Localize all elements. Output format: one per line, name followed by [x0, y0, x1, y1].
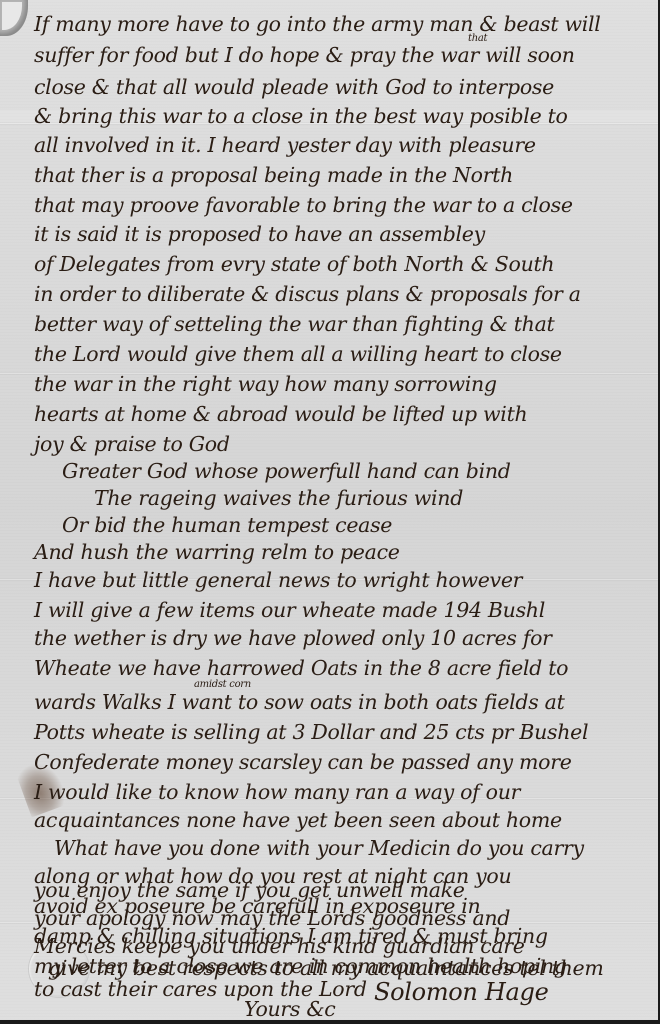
letter-line: it is said it is proposed to have an ass…	[34, 220, 485, 248]
letter-line: better way of setteling the war than fig…	[34, 310, 554, 338]
letter-line: in order to diliberate & discus plans & …	[34, 280, 581, 308]
letter-page: If many more have to go into the army ma…	[0, 0, 658, 1020]
hymn-line: Or bid the human tempest cease	[62, 511, 392, 539]
signature: Solomon Hage	[374, 978, 549, 1006]
letter-line: I will give a few items our wheate made …	[34, 596, 545, 624]
letter-line: of Delegates from evry state of both Nor…	[34, 250, 554, 278]
letter-line: I have but little general news to wright…	[34, 566, 522, 594]
letter-line: you enjoy the same if you get unwell mak…	[34, 876, 465, 904]
hymn-line: And hush the warring relm to peace	[34, 538, 400, 566]
letter-line: close & that all would pleade with God t…	[34, 73, 554, 101]
closing: Yours &c	[244, 995, 335, 1020]
letter-line: & bring this war to a close in the best …	[34, 102, 568, 130]
letter-line: Confederate money scarsley can be passed…	[34, 748, 572, 776]
letter-line: the Lord would give them all a willing h…	[34, 340, 562, 368]
letter-line: What have you done with your Medicin do …	[54, 834, 584, 862]
letter-line: wards Walks I want to sow oats in both o…	[34, 688, 565, 716]
letter-line: that ther is a proposal being made in th…	[34, 161, 513, 189]
letter-line: Potts wheate is selling at 3 Dollar and …	[34, 718, 588, 746]
letter-line: suffer for food but I do hope & pray the…	[34, 41, 575, 69]
letter-line: acquaintances none have yet been seen ab…	[34, 806, 562, 834]
folded-corner	[0, 0, 28, 36]
hymn-line: Greater God whose powerfull hand can bin…	[62, 457, 511, 485]
letter-line: I would like to know how many ran a way …	[34, 778, 520, 806]
letter-line: joy & praise to God	[34, 430, 230, 458]
letter-line: the wether is dry we have plowed only 10…	[34, 624, 552, 652]
letter-line: your apology now may the Lords goodness …	[34, 904, 510, 932]
letter-line: all involved in it. I heard yester day w…	[34, 131, 536, 159]
letter-line: that may proove favorable to bring the w…	[34, 191, 573, 219]
letter-line: Wheate we have harrowed Oats in the 8 ac…	[34, 654, 568, 682]
letter-line: If many more have to go into the army ma…	[34, 10, 601, 38]
hymn-line: The rageing waives the furious wind	[94, 484, 463, 512]
letter-line: the war in the right way how many sorrow…	[34, 370, 497, 398]
letter-line: hearts at home & abroad would be lifted …	[34, 400, 527, 428]
